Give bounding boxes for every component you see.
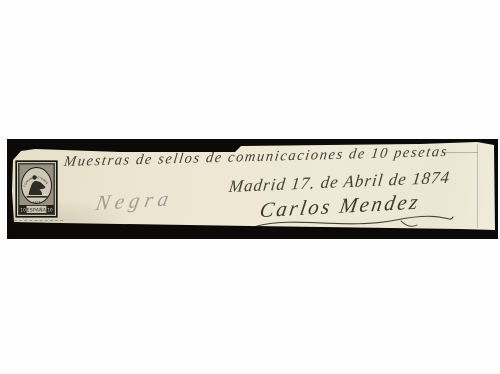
figure-head: [32, 175, 36, 179]
paper-fragment: COMUNICACIONES 1874 10 10 ESPAÑA Muestra…: [7, 139, 498, 239]
stamp-year: 1874: [32, 201, 40, 205]
photo-page: COMUNICACIONES 1874 10 10 ESPAÑA Muestra…: [0, 0, 500, 374]
photo-background: COMUNICACIONES 1874 10 10 ESPAÑA Muestra…: [7, 139, 498, 239]
pencil-annotation: Negra: [94, 186, 176, 216]
postage-stamp: COMUNICACIONES 1874 10 10 ESPAÑA: [15, 160, 58, 218]
horizontal-crease-line: [444, 152, 478, 153]
signature-flourish: [251, 213, 459, 231]
stamp-value-right: 10: [47, 208, 53, 213]
stamp-value-left: 10: [20, 208, 26, 213]
inscription-line1: Muestras de sellos de comunicaciones de …: [63, 144, 449, 171]
pencil-cut-mark: [14, 220, 63, 221]
pedestal-line: [27, 196, 48, 198]
stamp-country: ESPAÑA: [27, 207, 47, 214]
vertical-crease-line: [477, 144, 478, 228]
